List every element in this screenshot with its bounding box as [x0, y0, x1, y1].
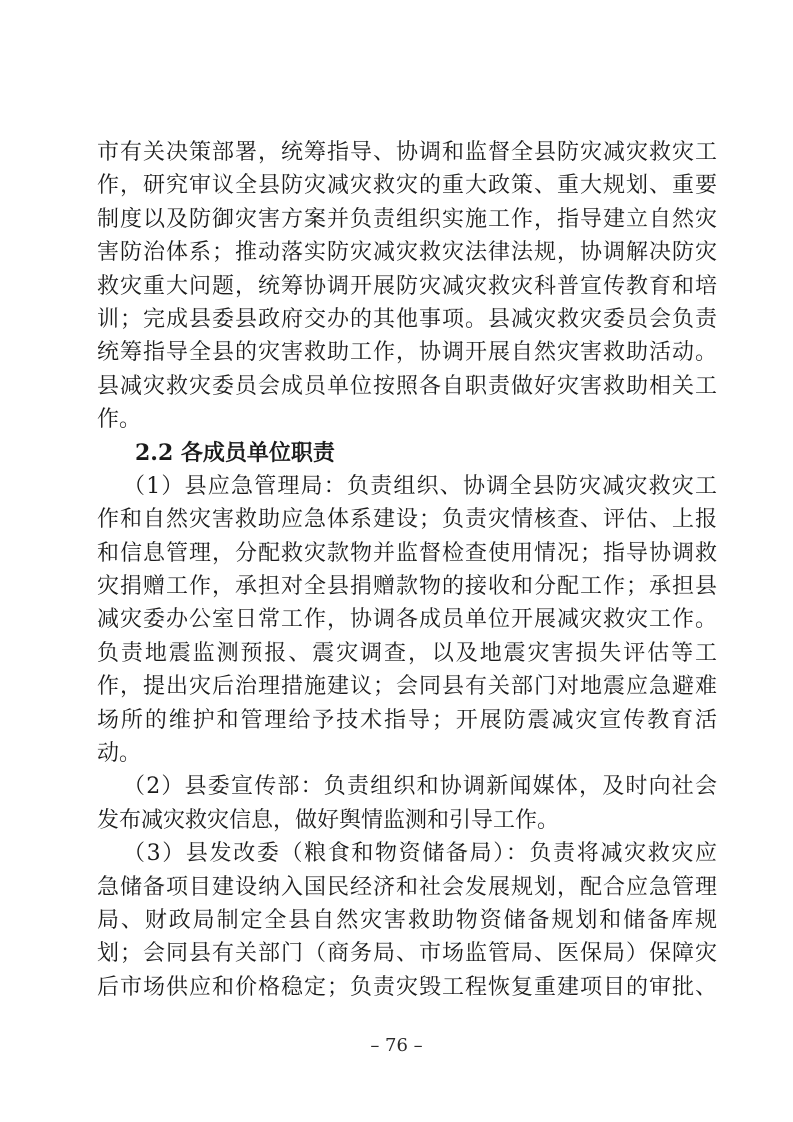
body-line: 作。	[97, 403, 717, 436]
body-line: 作和自然灾害救助应急体系建设；负责灾情核查、评估、上报	[97, 503, 717, 536]
body-line: 害防治体系；推动落实防灾减灾救灾法律法规，协调解决防灾	[97, 236, 717, 269]
body-line: 减灾委办公室日常工作，协调各成员单位开展减灾救灾工作。	[97, 603, 717, 636]
body-line: 作，提出灾后治理措施建议；会同县有关部门对地震应急避难	[97, 670, 717, 703]
body-line: 统筹指导全县的灾害救助工作，协调开展自然灾害救助活动。	[97, 336, 717, 369]
body-line: 动。	[97, 737, 717, 770]
body-line: 和信息管理，分配救灾款物并监督检查使用情况；指导协调救	[97, 537, 717, 570]
body-line: 急储备项目建设纳入国民经济和社会发展规划，配合应急管理	[97, 871, 717, 904]
body-line: 局、财政局制定全县自然灾害救助物资储备规划和储备库规	[97, 904, 717, 937]
body-line: （2）县委宣传部：负责组织和协调新闻媒体，及时向社会	[97, 770, 717, 803]
body-line: 发布减灾救灾信息，做好舆情监测和引导工作。	[97, 804, 717, 837]
body-line: 救灾重大问题，统筹协调开展防灾减灾救灾科普宣传教育和培	[97, 270, 717, 303]
body-line: 县减灾救灾委员会成员单位按照各自职责做好灾害救助相关工	[97, 370, 717, 403]
body-line: 市有关决策部署，统筹指导、协调和监督全县防灾减灾救灾工	[97, 136, 717, 169]
body-line: 灾捐赠工作，承担对全县捐赠款物的接收和分配工作；承担县	[97, 570, 717, 603]
body-line: （1）县应急管理局：负责组织、协调全县防灾减灾救灾工	[97, 470, 717, 503]
body-line: （3）县发改委（粮食和物资储备局）：负责将减灾救灾应	[97, 837, 717, 870]
body-line: 作，研究审议全县防灾减灾救灾的重大政策、重大规划、重要	[97, 169, 717, 202]
document-page: 市有关决策部署，统筹指导、协调和监督全县防灾减灾救灾工作，研究审议全县防灾减灾救…	[0, 0, 793, 1122]
body-line: 训；完成县委县政府交办的其他事项。县减灾救灾委员会负责	[97, 303, 717, 336]
section-heading: 2.2 各成员单位职责	[97, 437, 717, 470]
body-line: 后市场供应和价格稳定；负责灾毁工程恢复重建项目的审批、	[97, 971, 717, 1004]
body-line: 制度以及防御灾害方案并负责组织实施工作，指导建立自然灾	[97, 203, 717, 236]
page-number: – 76 –	[0, 1032, 793, 1060]
body-line: 场所的维护和管理给予技术指导；开展防震减灾宣传教育活	[97, 704, 717, 737]
body-line: 负责地震监测预报、震灾调查，以及地震灾害损失评估等工	[97, 637, 717, 670]
body-line: 划；会同县有关部门（商务局、市场监管局、医保局）保障灾	[97, 937, 717, 970]
document-body: 市有关决策部署，统筹指导、协调和监督全县防灾减灾救灾工作，研究审议全县防灾减灾救…	[97, 136, 717, 1004]
